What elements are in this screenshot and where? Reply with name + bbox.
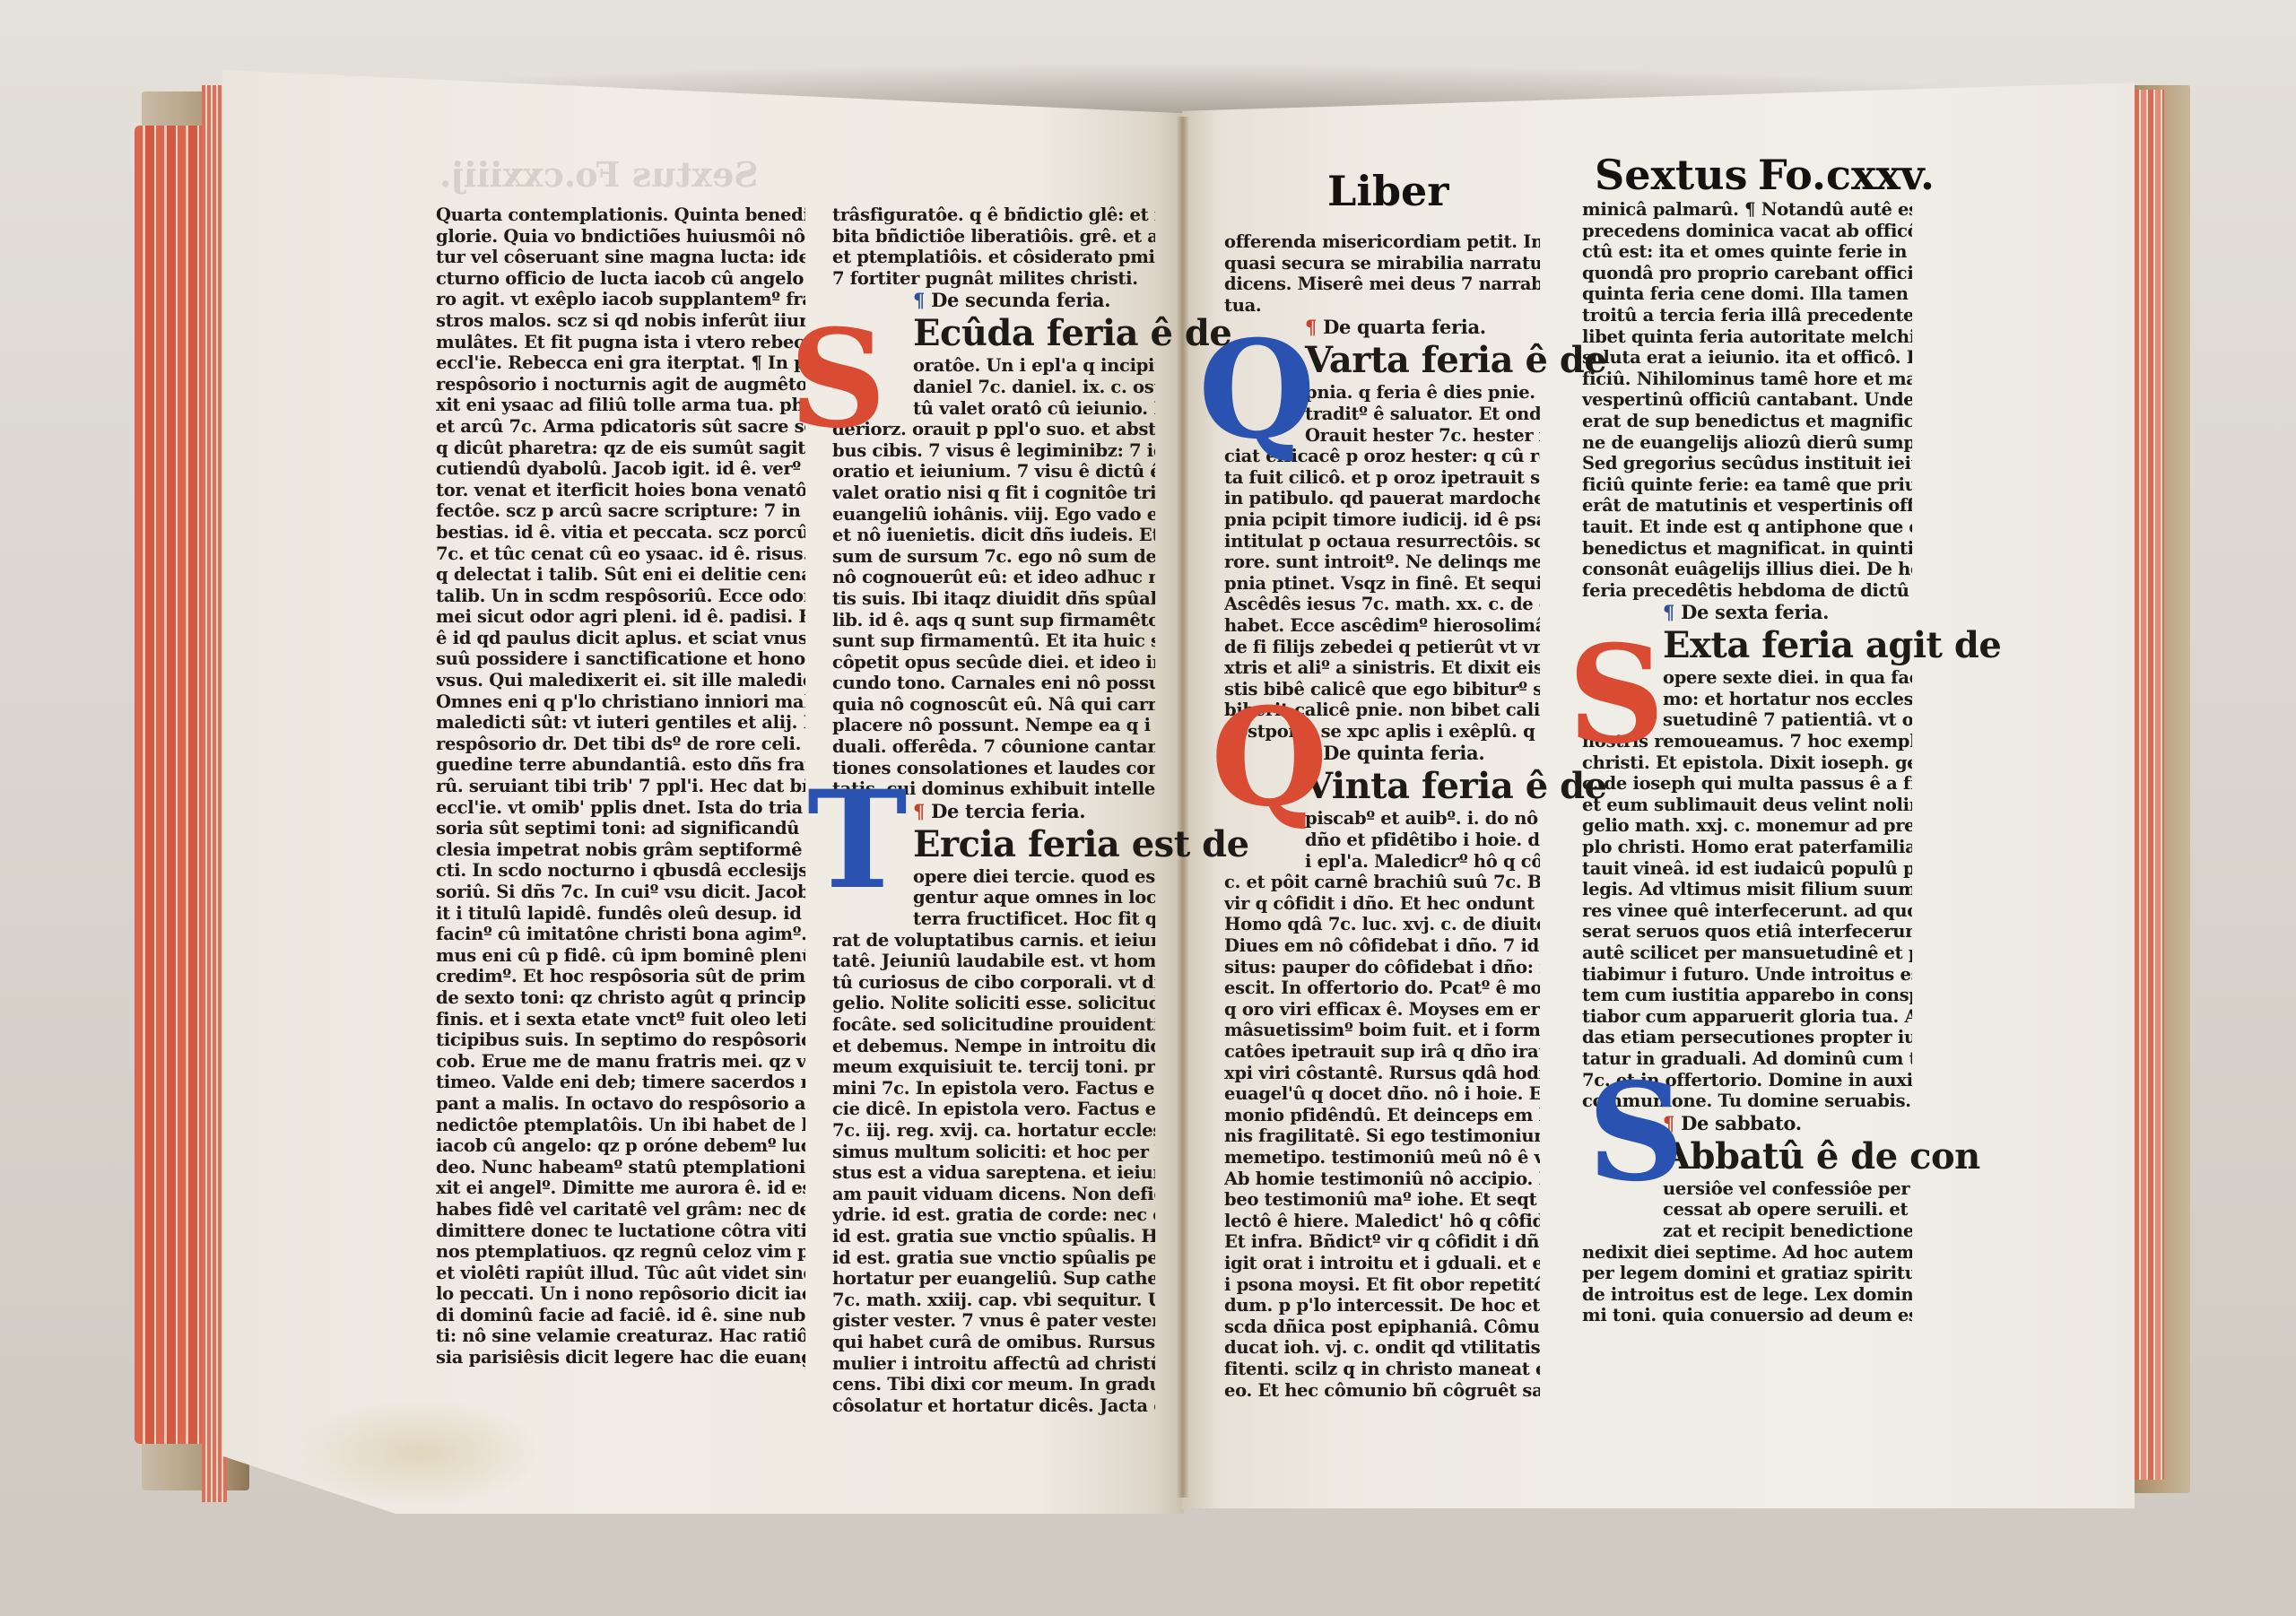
text-line: ydrie. id est. gratia de corde: nec oleû… [832, 1204, 1155, 1226]
text-line: nos ptemplatiuos. qz regnû celoz vim pat… [436, 1241, 805, 1263]
text-line: deo. Nunc habeamº statû ptemplationis. E… [436, 1157, 805, 1178]
text-line: focâte. sed solicitudine prouidentie pun… [832, 1014, 1155, 1036]
text-line: vespertinû officiû cantabant. Unde neces… [1582, 389, 1912, 411]
text-line: libet quinta feria autoritate melchiadis… [1582, 326, 1912, 348]
text-line: gister vester. 7 vnus ê pater vester q i… [832, 1310, 1155, 1332]
text-line: dimittere donec te luctatione côtra viti… [436, 1221, 805, 1242]
text-line: habet. Ecce ascêdimº hierosolimâ. Et seq… [1224, 615, 1540, 637]
folio-number: Fo.cxxv. [1758, 151, 1935, 199]
text-line: qui habet curâ de omibus. Rursus sarepte… [832, 1332, 1155, 1353]
text-line: iacob cû angelo: qz p oróne debemº lucta… [436, 1135, 805, 1157]
rubric-text: De sexta feria. [1681, 601, 1829, 623]
pilcrow-icon: ¶ [1663, 601, 1681, 623]
text-line: cob. Erue me de manu fratris mei. qz val… [436, 1051, 805, 1073]
text-line: Quarta contemplationis. Quinta benedicti… [436, 204, 805, 226]
text-line: Ascêdês iesus 7c. math. xx. c. de cruce … [1224, 594, 1540, 615]
text-line: quasi secura se mirabilia narraturam pmi… [1224, 253, 1540, 274]
illuminated-initial-t-blue: T [807, 773, 908, 908]
text-line: de introitus est de lege. Lex domini 7c.… [1582, 1284, 1912, 1306]
text-line: tur vel côseruant sine magna lucta: ideo… [436, 247, 805, 268]
rubric-text: De tercia feria. [931, 800, 1085, 822]
text-line: tis suis. Ibi itaqz diuidit dñs spûales … [832, 588, 1155, 610]
text-line: precedens dominica vacat ab officô. prou… [1582, 221, 1912, 242]
rubric-text: De sabbato. [1681, 1112, 1802, 1134]
text-line: de sexto toni: qz christo agût q princip… [436, 987, 805, 1009]
text-line: minicâ palmarû. ¶ Notandû autê est q sic… [1582, 199, 1912, 221]
text-line: id est. gratia sue vnctio spûalis per qu… [832, 1247, 1155, 1269]
text-line: meum exquisiuit te. tercij toni. propter… [832, 1056, 1155, 1078]
text-line: pnia ptinet. Vsqz in finê. Et sequit eua… [1224, 573, 1540, 595]
text-line: respôsorio i nocturnis agit de augmêto g… [436, 374, 805, 395]
text-line: côpetit opus secûde diei. et ideo introi… [832, 652, 1155, 673]
text-line: legis. Ad vltimus misit filium suum ad c… [1582, 879, 1912, 900]
text-line: nô cognouerût eû: et ideo adhuc manet i … [832, 567, 1155, 588]
text-line: xpi viri côstantê. Rursus qdâ hodie legu… [1224, 1063, 1540, 1084]
text-line: pant a malis. In octavo do respôsorio ag… [436, 1093, 805, 1115]
text-line: q delectat i talib. Sût eni ei delitie c… [436, 564, 805, 586]
text-line: ne de euangelijs aliozû dierû sumpte dic… [1582, 432, 1912, 454]
text-line: ta fuit cilicô. et p oroz ipetrauit susp… [1224, 467, 1540, 489]
text-line: finis. et i sexta etate vnctº fuit oleo … [436, 1009, 805, 1030]
text-line: glorie. Quia vo bndictiões huiusmôi nô h… [436, 226, 805, 248]
text-line: soluta erat a ieiunio. ita et officô. Et… [1582, 347, 1912, 369]
text-line: habes fidê vel caritatê vel grâm: nec de… [436, 1199, 805, 1221]
text-line: monio pfidêndû. Et deinceps em loquês ai… [1224, 1105, 1540, 1126]
text-line: xtris et aliº a sinistris. Et dixit eis … [1224, 657, 1540, 679]
text-line: ê id qd paulus dicit aplus. et sciat vnu… [436, 628, 805, 649]
text-line: xit eni ysaac ad filiû tolle arma tua. p… [436, 395, 805, 416]
text-line: lo peccati. Un i nono repôsorio dicit ia… [436, 1283, 805, 1305]
text-line: soriû. Si dñs 7c. In cuiº vsu dicit. Jac… [436, 882, 805, 903]
text-line: tem cum iustitia apparebo in conspectu t… [1582, 985, 1912, 1006]
text-line: cie dicê. In epistola vero. Factus est s… [832, 1099, 1155, 1120]
text-line: igit orat i introitu et i gduali. et eti… [1224, 1253, 1540, 1274]
text-line: quia nô cognoscût eû. Nâ qui carne sunt.… [832, 694, 1155, 716]
text-line: euangeliû iohânis. viij. Ego vado et qre… [832, 504, 1155, 526]
text-line: erât de matutinis et vespertinis officij… [1582, 495, 1912, 517]
text-line: ficiû quinte ferie: ea tamê que prius in… [1582, 474, 1912, 496]
text-line: tor. venat et iterficit hoies bona venat… [436, 480, 805, 501]
text-line: credimº. Et hoc respôsoria sût de primo … [436, 966, 805, 987]
pilcrow-icon: ¶ [913, 800, 931, 822]
text-line: serat seruos quos etiâ interfecerunt. Pe… [1582, 921, 1912, 943]
text-line: cens. Tibi dixi cor meum. In graduali sc… [832, 1374, 1155, 1395]
rubric-text: De quinta feria. [1323, 742, 1484, 764]
text-line: tatê. Jeiuniû laudabile est. vt homo nô … [832, 951, 1155, 972]
text-line: soria sût septimi toni: ad significandû … [436, 818, 805, 839]
text-line: q dicût pharetra: qz de eis sumût sagitt… [436, 438, 805, 459]
text-line: mulier i introitu affectû ad christû ost… [832, 1353, 1155, 1375]
text-line: dicens. Miserê mei deus 7 narrabo mirabi… [1224, 274, 1540, 295]
text-line: Et infra. Bñdictº vir q côfidit i dño. C… [1224, 1231, 1540, 1253]
text-line: cti. In scdo nocturno i qbusdâ ecclesijs… [436, 860, 805, 882]
text-line: cutiendû dyabolû. Jacob igit. id ê. verº… [436, 458, 805, 480]
text-line: de fi filijs zebedei q petierût vt vnº s… [1224, 637, 1540, 658]
text-line: simus multum soliciti: et hoc per helyâ … [832, 1142, 1155, 1163]
illuminated-initial-s-red-sexta: S [1568, 628, 1665, 762]
text-line: am pauit viduam dicens. Non deficiet far… [832, 1184, 1155, 1205]
text-line: tû curiosus de cibo corporali. vt dicitu… [832, 972, 1155, 994]
text-line: tiabimur i futuro. Unde introitus est. E… [1582, 964, 1912, 986]
text-line: mei sicut odor agri pleni. id ê. padisi.… [436, 606, 805, 628]
text-line: suû possidere i sanctificatione et honor… [436, 648, 805, 670]
text-line: et debemus. Nempe in introitu dicit. Tib… [832, 1036, 1155, 1057]
text-line: eccl'ie. vt omib' pplis dnet. Ista do tr… [436, 797, 805, 819]
text-line: nedictôe ptemplatôis. Un ibi habet de lu… [436, 1115, 805, 1136]
text-line: ctû est: ita et omes quinte ferie in qdr… [1582, 241, 1912, 263]
text-line: rat de voluptatibus carnis. et ieiunat p… [832, 930, 1155, 951]
text-line: valet oratio nisi q fit i cognitôe tri: … [832, 482, 1155, 504]
text-line: beo testimoniû maº iohe. Et seqt euagelû [1224, 1189, 1540, 1211]
text-line: eo. Et hec cômunio bñ côgruêt sabbato añ… [1224, 1380, 1540, 1402]
text-line: it i titulû lapidê. fundês oleû desup. i… [436, 903, 805, 925]
text-line: res vinee quê interfecerunt. ad quos pri… [1582, 900, 1912, 922]
text-line: pnia pcipit timore iudicij. id ê psalmo … [1224, 509, 1540, 531]
text-line: timeo. Valde eni deb; timere sacerdos ne… [436, 1072, 805, 1093]
text-line: hortatur per euangeliû. Sup cathedrâ moy… [832, 1268, 1155, 1290]
text-line: tauit vineâ. id est iudaicû populû per d… [1582, 858, 1912, 880]
text-line: ro agit. vt exêplo iacob supplantemº fra… [436, 289, 805, 310]
text-line: offerenda misericordiam petit. In cômuni… [1224, 231, 1540, 253]
text-line: et violêti rapiût illud. Tûc aût videt s… [436, 1263, 805, 1284]
text-line: Diues em nô côfidebat i dño. 7 ideo i in… [1224, 935, 1540, 957]
text-line: 7c. iij. reg. xvij. ca. hortatur ecclesi… [832, 1120, 1155, 1142]
text-line: côsolatur et hortatur dicês. Jacta cogi.… [832, 1395, 1155, 1417]
text-line: erat de sup benedictus et magnificat. an… [1582, 411, 1912, 432]
text-line: dum. p p'lo intercessit. De hoc etiâ dic… [1224, 1295, 1540, 1316]
text-line: ti: nô sine velamie creaturaz. Hac ratiô… [436, 1325, 805, 1347]
text-line: euagel'û q docet dño. nô i hoie. Et hoc … [1224, 1083, 1540, 1105]
rubric-text: De secunda feria. [931, 289, 1110, 311]
text-line: das etiam persecutiones propter iustitia… [1582, 1027, 1912, 1048]
text-line: benedictus et magnificat. in quintis fer… [1582, 538, 1912, 560]
text-line: situs: pauper do côfidebat i dño: ideo i… [1224, 957, 1540, 978]
text-line: mini 7c. In epistola vero. Factus est se… [832, 1078, 1155, 1099]
text-line: zat et recipit benedictionem a domino. q… [1582, 1221, 1912, 1242]
text-line: memetipo. testimoniû meû nô ê vez. Et in… [1224, 1147, 1540, 1169]
text-line: nedixit diei septime. Ad hoc autem istru… [1582, 1242, 1912, 1264]
pilcrow-icon: ¶ [913, 289, 931, 311]
left-page-column-1: Quarta contemplationis. Quinta benedicti… [436, 204, 805, 1368]
text-line: facinº cû imitatône christi bona agimº. … [436, 924, 805, 945]
text-line: mulâtes. Et fit pugna ista i vtero rebec… [436, 332, 805, 353]
text-line: vir q côfidit i dño. Et hec ondunt p eua… [1224, 893, 1540, 915]
text-line: sum de sursum 7c. ego nô sum de hoc mûdo… [832, 546, 1155, 568]
text-line: 7 fortiter pugnât milites christi. [832, 268, 1155, 290]
text-line: gelio. Nolite soliciti esse. solicitudin… [832, 993, 1155, 1014]
text-line: stus est a vidua sareptena. et ieiunat p… [832, 1162, 1155, 1184]
text-line: fitenti. scilz q in christo maneat et ch… [1224, 1359, 1540, 1380]
text-line: i psona moysi. Et fit obor repetitô: qz … [1224, 1274, 1540, 1296]
text-line: ticipibus suis. In septimo do respôsorio… [436, 1030, 805, 1051]
text-line: placere nô possunt. Nempe ea q i introit… [832, 715, 1155, 736]
text-line: feria precedêtis hebdoma de dictû est. [1582, 580, 1912, 602]
text-line: in patibulo. qd pauerat mardocheo. Quia … [1224, 488, 1540, 509]
text-line: sia parisiêsis dicit legere hac die euan… [436, 1347, 805, 1368]
text-line: respôsorio dr. Det tibi dsº de rore celi… [436, 734, 805, 755]
text-line: ducat ioh. vj. c. ondit qd vtilitatis pu… [1224, 1337, 1540, 1359]
text-line: bestias. id ê. vitia et peccata. scz por… [436, 522, 805, 543]
illuminated-initial-s-red: S [789, 312, 886, 447]
text-line: rû. seruiant tibi trib' 7 ppl'i. Hec dat… [436, 776, 805, 797]
text-line: stros malos. scz si qd nobis inferût iiu… [436, 310, 805, 332]
text-line: nis fragilitatê. Si ego testimonium phib… [1224, 1125, 1540, 1147]
text-line: id est. gratia sue vnctio spûalis. Hoc e… [832, 1226, 1155, 1247]
text-line: eccl'ie. Rebecca eni gra iterptat. ¶ In … [436, 352, 805, 374]
text-line: quondâ pro proprio carebant officio. exc… [1582, 263, 1912, 284]
text-line: Omnes eni q p'lo christiano inniori male… [436, 691, 805, 713]
show-through-header: Sextus Fo.cxxiiij. [439, 154, 759, 195]
text-line: i epl'a. Maledicrº hô q côfidit i hoie. … [1224, 851, 1540, 873]
illuminated-initial-q-blue: Q [1198, 323, 1316, 457]
text-line: bita bñdictiôe liberatiôis. grê. et augm… [832, 226, 1155, 248]
text-line: tiabor cum apparuerit gloria tua. Ad tol… [1582, 1006, 1912, 1028]
text-line: di dominû facie ad faciê. id ê. sine nub… [436, 1305, 805, 1326]
text-line: intitulat p octaua resurrectôis. scz. Dñ… [1224, 531, 1540, 552]
text-line: quinta feria cene domi. Illa tamen mutua… [1582, 283, 1912, 305]
rubric-text: De quarta feria. [1323, 316, 1486, 338]
text-line: gelio math. xxj. c. monemur ad predicta … [1582, 815, 1912, 837]
text-line: maledicti sût: vt iuteri gentiles et ali… [436, 712, 805, 734]
text-line: 7c. math. xxiij. cap. vbi sequitur. Unus… [832, 1290, 1155, 1311]
illuminated-initial-q-red: Q [1211, 691, 1328, 825]
text-line: plo christi. Homo erat paterfamilias. qu… [1582, 837, 1912, 858]
text-line: c. et pôit carnê brachiû suû 7c. Benedic [1224, 872, 1540, 893]
text-line: fectôe. scz p arcû sacre scripture: 7 in… [436, 500, 805, 522]
text-line: lectô ê hiere. Maledict' hô q côfidit i … [1224, 1211, 1540, 1232]
text-line: et arcû 7c. Arma pdicatoris sût sacre sc… [436, 416, 805, 438]
text-line: scda dñica post epiphaniâ. Cômunio. Qui … [1224, 1316, 1540, 1338]
text-line: mâsuetissimº boim fuit. et i forma ieiun… [1224, 1020, 1540, 1041]
text-line: consonât euâgelijs illius diei. De hoc i… [1582, 559, 1912, 580]
text-line: et eum sublimauit deus velint nolint. In… [1582, 795, 1912, 816]
text-line: tauit. Et inde est q antiphone que canta… [1582, 517, 1912, 538]
text-line: duali. offerêda. 7 côunione cantant: sun… [832, 736, 1155, 758]
text-line: mus eni cû p fidê. cû ipm bominê plenû g… [436, 945, 805, 967]
text-line: 7c. et tûc cenat cû eo ysaac. id ê. risu… [436, 543, 805, 565]
text-line: lib. id ê. aqs q sunt sup firmamêto. ab … [832, 610, 1155, 631]
text-line: clesia impetrat nobis grâm septiformê sp… [436, 839, 805, 861]
text-line: vsus. Qui maledixerit ei. sit ille maled… [436, 670, 805, 691]
text-line: xit ei angelº. Dimitte me aurora ê. id e… [436, 1177, 805, 1199]
text-line: Sed gregorius secûdus instituit ieiunium… [1582, 453, 1912, 474]
text-line: escit. In offertorio do. Pcatº ê moyses … [1224, 977, 1540, 999]
text-line: talib. Un in scdm respôsoriû. Ecce odor … [436, 586, 805, 607]
text-line: mi toni. quia conuersio ad deum est prin… [1582, 1305, 1912, 1326]
text-line: troitû a tercia feria illâ precedente. N… [1582, 305, 1912, 326]
text-line: c. de ioseph qui multa passus ê a fratri… [1582, 773, 1912, 795]
illuminated-initial-s-blue-sabbato: S [1587, 1065, 1684, 1200]
running-head-sextus: Sextus [1595, 151, 1748, 199]
text-line: autê scilicet per mansuetudinê et patien… [1582, 943, 1912, 964]
text-line: oratio et ieiunium. 7 visu ê dictû ê ab … [832, 461, 1155, 482]
text-line: et nô iuenietis. dicit dñs iudeis. Et it… [832, 525, 1155, 546]
text-line: per legem domini et gratiaz spiritussanc… [1582, 1263, 1912, 1284]
text-line: et ptemplatiôis. et côsiderato pmio gl'i… [832, 247, 1155, 268]
text-line: Homo qdâ 7c. luc. xvj. c. de diuite et l… [1224, 914, 1540, 935]
text-line: q oro viri efficax ê. Moyses em erat oui… [1224, 999, 1540, 1021]
text-line: Ab homie testimoniû nô accipio. Et infra… [1224, 1169, 1540, 1190]
water-stain [296, 1399, 547, 1507]
text-line: guedine terre abundantiâ. esto dñs fratz… [436, 754, 805, 776]
text-line: trâsfiguratôe. q ê bñdictio glê: et ita … [832, 204, 1155, 226]
text-line: catôes ipetrauit sup irâ q dño irat' era… [1224, 1041, 1540, 1063]
text-line: sunt sup firmamentû. Et ita huic secunde… [832, 630, 1155, 652]
text-line: rore. sunt introitº. Ne delinqs me 7c. Q… [1224, 552, 1540, 573]
text-line: ficiû. Nihilominus tamê hore et matutine… [1582, 369, 1912, 390]
running-head-liber: Liber [1327, 167, 1448, 215]
text-line: cundo tono. Carnales eni nô possunt orar… [832, 673, 1155, 694]
text-line: cturno officio de lucta iacob cû angelo … [436, 268, 805, 290]
